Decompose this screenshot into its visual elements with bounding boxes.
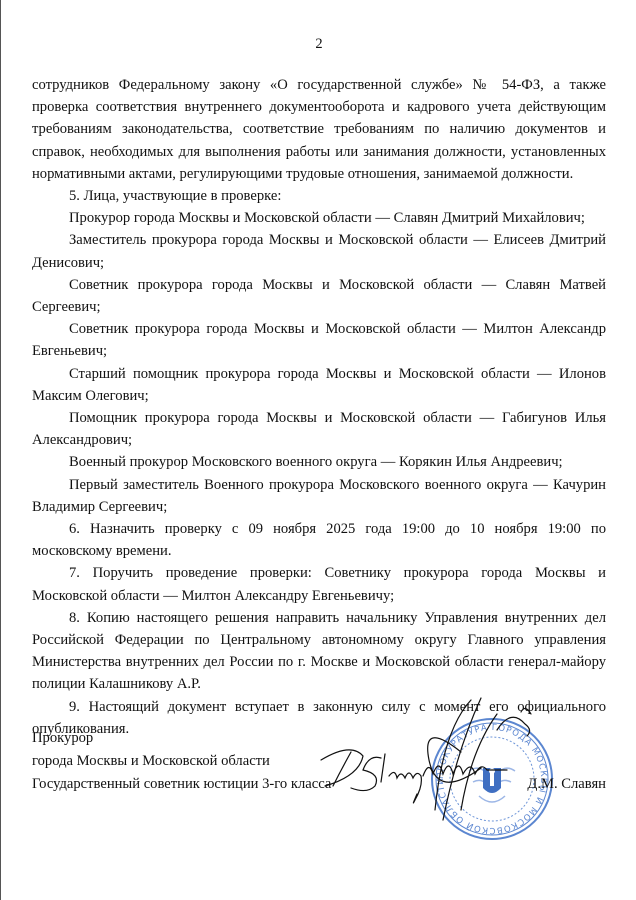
handwritten-signature-icon bbox=[311, 690, 601, 860]
paragraph-item-5-heading: 5. Лица, участвующие в проверке: bbox=[32, 185, 606, 207]
paragraph-continuation: сотрудников Федеральному закону «О госуд… bbox=[32, 74, 606, 185]
paragraph-item-6: 6. Назначить проверку с 09 ноября 2025 г… bbox=[32, 518, 606, 562]
document-body: сотрудников Федеральному закону «О госуд… bbox=[32, 74, 606, 740]
paragraph-item-7: 7. Поручить проведение проверки: Советни… bbox=[32, 562, 606, 606]
participant-4: Советник прокурора города Москвы и Моско… bbox=[32, 318, 606, 362]
participant-7: Военный прокурор Московского военного ок… bbox=[32, 451, 606, 473]
participant-2: Заместитель прокурора города Москвы и Мо… bbox=[32, 229, 606, 273]
participant-8: Первый заместитель Военного прокурора Мо… bbox=[32, 474, 606, 518]
participant-1: Прокурор города Москвы и Московской обла… bbox=[32, 207, 606, 229]
paragraph-item-8: 8. Копию настоящего решения направить на… bbox=[32, 607, 606, 696]
document-page: 2 сотрудников Федеральному закону «О гос… bbox=[0, 0, 636, 900]
participant-6: Помощник прокурора города Москвы и Моско… bbox=[32, 407, 606, 451]
participant-5: Старший помощник прокурора города Москвы… bbox=[32, 363, 606, 407]
page-number: 2 bbox=[1, 36, 636, 53]
participant-3: Советник прокурора города Москвы и Моско… bbox=[32, 274, 606, 318]
